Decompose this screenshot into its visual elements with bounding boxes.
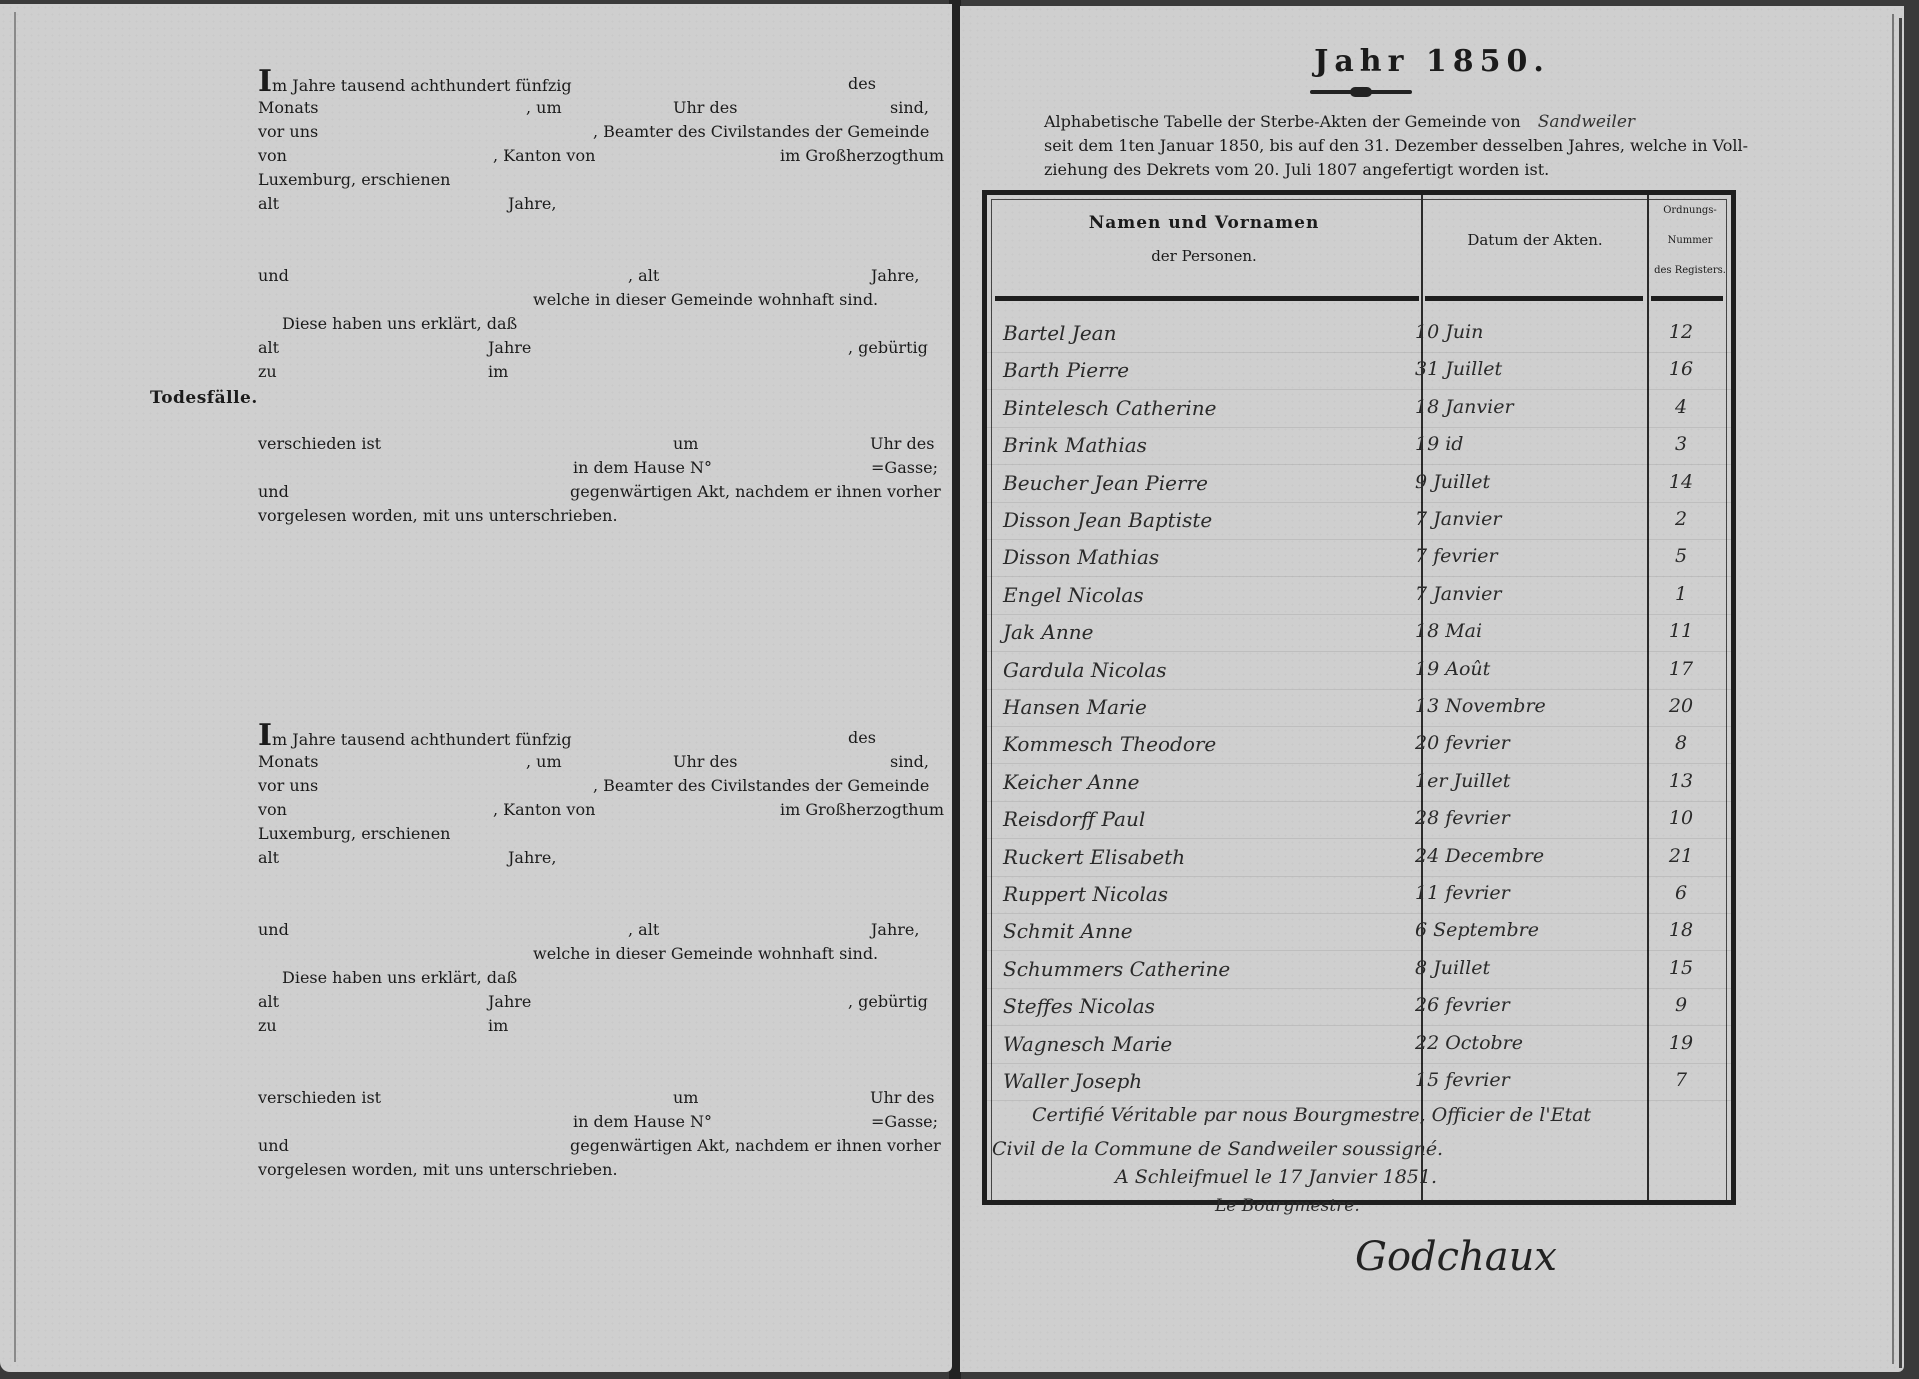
table-row: Wagnesch Marie22 Octobre19 [987,1026,1731,1064]
table-row: Barth Pierre31 Juillet16 [987,352,1731,390]
form-text: von [258,798,287,822]
form-line: Monats, umUhr dessind, [258,96,908,120]
form-text: , alt [628,264,659,288]
table-row: Gardula Nicolas19 Août17 [987,652,1731,690]
cell-date: 31 Juillet [1415,358,1502,380]
cell-date: 20 fevrier [1415,732,1510,754]
table-row: Ruckert Elisabeth24 Decembre21 [987,839,1731,877]
form-line: altJahre, gebürtig [258,990,908,1014]
cell-num: 15 [1651,957,1711,979]
cell-num: 14 [1651,471,1711,493]
cell-name: Ruppert Nicolas [1003,882,1168,906]
table-row: Disson Mathias7 fevrier5 [987,539,1731,577]
form-line: von, Kanton vonim Großherzogthum [258,144,908,168]
form-text: welche in dieser Gemeinde wohnhaft sind. [533,942,878,966]
cell-name: Waller Joseph [1003,1069,1142,1093]
form-text: , um [526,750,562,774]
certification-line-1: Certifié Véritable par nous Bourgmestre,… [1032,1104,1591,1126]
cell-date: 24 Decembre [1415,845,1544,867]
form-line: Luxemburg, erschienen [258,168,908,192]
cell-name: Schummers Catherine [1003,957,1230,981]
cell-name: Wagnesch Marie [1003,1032,1172,1056]
form-text: des [848,72,876,96]
left-page: Todesfälle. Im Jahre tausend achthundert… [0,4,952,1372]
cell-date: 7 Janvier [1415,583,1501,605]
form-text: Uhr des [870,432,934,456]
margin-heading: Todesfälle. [150,388,258,408]
signature: Godchaux [1355,1234,1557,1280]
form-text: Diese haben uns erklärt, daß [282,312,517,336]
cell-date: 18 Mai [1415,620,1482,642]
death-register-table: Namen und Vornamen der Personen. Datum d… [982,190,1736,1205]
form-line: vor uns, Beamter des Civilstandes der Ge… [258,774,908,798]
header-number-3: des Registers. [1649,265,1731,276]
form-line: in dem Hause N°=Gasse; [258,1110,908,1134]
cell-num: 3 [1651,433,1711,455]
form-text: Jahre [488,990,531,1014]
form-text: =Gasse; [871,456,938,480]
form-text: um [673,432,698,456]
form-text: im [488,1014,508,1038]
cell-num: 7 [1651,1069,1711,1091]
cell-num: 19 [1651,1032,1711,1054]
cell-name: Jak Anne [1003,620,1093,644]
cell-name: Gardula Nicolas [1003,658,1167,682]
page-edge [14,12,16,1362]
form-text: Jahre, [871,264,919,288]
form-line: altJahre, [258,192,908,216]
cell-num: 8 [1651,732,1711,754]
table-row: Bartel Jean10 Juin12 [987,315,1731,353]
form-line: altJahre, [258,846,908,870]
form-text: , Beamter des Civilstandes der Gemeinde [593,120,929,144]
cell-num: 21 [1651,845,1711,867]
table-row: Beucher Jean Pierre9 Juillet14 [987,465,1731,503]
table-row: Hansen Marie13 Novembre20 [987,689,1731,727]
cell-date: 28 fevrier [1415,807,1510,829]
form-line: zuim [258,1014,908,1038]
form-text: vorgelesen worden, mit uns unterschriebe… [258,504,618,528]
table-row: Bintelesch Catherine18 Janvier4 [987,390,1731,428]
cell-name: Engel Nicolas [1003,583,1144,607]
form-text: und [258,264,289,288]
certification-title: Le Bourgmestre. [1215,1196,1360,1216]
form-line: Im Jahre tausend achthundert fünfzigdes [258,726,908,750]
intro-text: Alphabetische Tabelle der Sterbe-Akten d… [1044,110,1884,182]
form-line: von, Kanton vonim Großherzogthum [258,798,908,822]
cell-name: Hansen Marie [1003,695,1147,719]
table-row: Schummers Catherine8 Juillet15 [987,951,1731,989]
form-text: , alt [628,918,659,942]
form-text: , gebürtig [848,336,928,360]
form-text: sind, [890,750,929,774]
cell-num: 12 [1651,321,1711,343]
header-date: Datum der Akten. [1423,231,1647,249]
cell-name: Reisdorff Paul [1003,807,1145,831]
cell-name: Steffes Nicolas [1003,994,1155,1018]
form-text: welche in dieser Gemeinde wohnhaft sind. [533,288,878,312]
page-edge [1899,18,1902,1368]
form-line: zuim [258,360,908,384]
form-text: alt [258,192,279,216]
form-text: von [258,144,287,168]
cell-date: 8 Juillet [1415,957,1490,979]
form-line: verschieden istumUhr des [258,1086,908,1110]
form-text: des [848,726,876,750]
table-row: Steffes Nicolas26 fevrier9 [987,988,1731,1026]
table-row: Engel Nicolas7 Janvier1 [987,577,1731,615]
cell-name: Beucher Jean Pierre [1003,471,1208,495]
cell-date: 22 Octobre [1415,1032,1523,1054]
intro-line-1: Alphabetische Tabelle der Sterbe-Akten d… [1044,112,1521,131]
form-line: Monats, umUhr dessind, [258,750,908,774]
form-text: Luxemburg, erschienen [258,168,450,192]
form-line: Im Jahre tausend achthundert fünfzigdes [258,72,908,96]
cell-name: Ruckert Elisabeth [1003,845,1185,869]
table-row: Waller Joseph15 fevrier7 [987,1063,1731,1101]
form-text: im [488,360,508,384]
cell-name: Disson Mathias [1003,545,1159,569]
form-text: alt [258,846,279,870]
table-row: Keicher Anne1er Juillet13 [987,764,1731,802]
cell-num: 4 [1651,396,1711,418]
form-line: verschieden istumUhr des [258,432,908,456]
form-text: Im Jahre tausend achthundert fünfzig [258,726,572,752]
form-line: vorgelesen worden, mit uns unterschriebe… [258,1158,908,1182]
cell-date: 11 fevrier [1415,882,1510,904]
cell-name: Brink Mathias [1003,433,1147,457]
form-line: welche in dieser Gemeinde wohnhaft sind. [258,288,908,312]
form-text: Luxemburg, erschienen [258,822,450,846]
form-text: und [258,480,289,504]
form-text: vor uns [258,120,318,144]
cell-name: Schmit Anne [1003,919,1133,943]
cell-date: 6 Septembre [1415,919,1539,941]
form-text: , Beamter des Civilstandes der Gemeinde [593,774,929,798]
form-line: Diese haben uns erklärt, daß [258,966,908,990]
form-line: und, altJahre, [258,264,908,288]
form-text: um [673,1086,698,1110]
form-text: Jahre, [871,918,919,942]
cell-num: 11 [1651,620,1711,642]
table-row: Jak Anne18 Mai11 [987,614,1731,652]
form-text: und [258,918,289,942]
cell-date: 7 Janvier [1415,508,1501,530]
cell-date: 19 Août [1415,658,1490,680]
cell-num: 2 [1651,508,1711,530]
form-text: Uhr des [673,750,737,774]
form-text: sind, [890,96,929,120]
cell-date: 7 fevrier [1415,545,1498,567]
header-names-sub: der Personen. [987,247,1421,265]
cell-num: 5 [1651,545,1711,567]
ornament-divider [1310,90,1412,94]
form-text: Monats [258,96,319,120]
table-row: Schmit Anne6 Septembre18 [987,913,1731,951]
form-text: zu [258,1014,277,1038]
form-text: , Kanton von [493,144,595,168]
form-text: , Kanton von [493,798,595,822]
form-line: welche in dieser Gemeinde wohnhaft sind. [258,942,908,966]
cell-num: 18 [1651,919,1711,941]
form-line: altJahre, gebürtig [258,336,908,360]
form-text: im Großherzogthum [780,144,944,168]
form-text: vor uns [258,774,318,798]
form-text: im Großherzogthum [780,798,944,822]
cell-date: 15 fevrier [1415,1069,1510,1091]
form-text: zu [258,360,277,384]
cell-name: Keicher Anne [1003,770,1140,794]
form-text: Monats [258,750,319,774]
commune-name: Sandweiler [1538,112,1635,132]
form-text: Uhr des [870,1086,934,1110]
table-row: Brink Mathias19 id3 [987,427,1731,465]
form-text: in dem Hause N° [573,456,712,480]
form-text: gegenwärtigen Akt, nachdem er ihnen vorh… [570,480,941,504]
form-text: Im Jahre tausend achthundert fünfzig [258,72,572,98]
cell-num: 17 [1651,658,1711,680]
certification-place-date: A Schleifmuel le 17 Janvier 1851. [1115,1166,1437,1188]
page-title: Jahr 1850. [960,44,1904,79]
form-line: vor uns, Beamter des Civilstandes der Ge… [258,120,908,144]
cell-date: 1er Juillet [1415,770,1510,792]
cell-name: Bintelesch Catherine [1003,396,1216,420]
cell-num: 20 [1651,695,1711,717]
form-text: Jahre [488,336,531,360]
form-text: gegenwärtigen Akt, nachdem er ihnen vorh… [570,1134,941,1158]
cell-num: 13 [1651,770,1711,792]
cell-name: Bartel Jean [1003,321,1116,345]
form-line: vorgelesen worden, mit uns unterschriebe… [258,504,908,528]
form-line: undgegenwärtigen Akt, nachdem er ihnen v… [258,1134,908,1158]
cell-num: 9 [1651,994,1711,1016]
form-line: undgegenwärtigen Akt, nachdem er ihnen v… [258,480,908,504]
form-text: verschieden ist [258,1086,381,1110]
certification-line-2: Civil de la Commune de Sandweiler soussi… [992,1138,1443,1160]
page-edge [1892,14,1894,1364]
table-row: Kommesch Theodore20 fevrier8 [987,726,1731,764]
form-text: verschieden ist [258,432,381,456]
form-text: Jahre, [508,846,556,870]
form-text: alt [258,990,279,1014]
intro-line-2: seit dem 1ten Januar 1850, bis auf den 3… [1044,134,1884,158]
form-line: und, altJahre, [258,918,908,942]
cell-date: 26 fevrier [1415,994,1510,1016]
form-line: Diese haben uns erklärt, daß [258,312,908,336]
form-text: in dem Hause N° [573,1110,712,1134]
cell-date: 19 id [1415,433,1463,455]
table-row: Ruppert Nicolas11 fevrier6 [987,876,1731,914]
form-text: Jahre, [508,192,556,216]
table-row: Reisdorff Paul28 fevrier10 [987,801,1731,839]
form-text: vorgelesen worden, mit uns unterschriebe… [258,1158,618,1182]
cell-num: 6 [1651,882,1711,904]
cell-date: 18 Janvier [1415,396,1514,418]
form-line: in dem Hause N°=Gasse; [258,456,908,480]
cell-num: 16 [1651,358,1711,380]
header-number-2: Nummer [1649,235,1731,246]
header-number-1: Ordnungs- [1649,205,1731,216]
form-text: Uhr des [673,96,737,120]
cell-name: Disson Jean Baptiste [1003,508,1212,532]
form-text: , um [526,96,562,120]
form-text: alt [258,336,279,360]
cell-name: Barth Pierre [1003,358,1129,382]
table-row: Disson Jean Baptiste7 Janvier2 [987,502,1731,540]
cell-num: 1 [1651,583,1711,605]
header-names: Namen und Vornamen [987,213,1421,233]
cell-date: 9 Juillet [1415,471,1490,493]
form-text: und [258,1134,289,1158]
cell-num: 10 [1651,807,1711,829]
cell-date: 10 Juin [1415,321,1483,343]
form-text: =Gasse; [871,1110,938,1134]
right-page: Jahr 1850. Alphabetische Tabelle der Ste… [960,6,1904,1372]
form-text: , gebürtig [848,990,928,1014]
cell-date: 13 Novembre [1415,695,1546,717]
form-text: Diese haben uns erklärt, daß [282,966,517,990]
intro-line-3: ziehung des Dekrets vom 20. Juli 1807 an… [1044,158,1884,182]
cell-name: Kommesch Theodore [1003,732,1216,756]
form-line: Luxemburg, erschienen [258,822,908,846]
